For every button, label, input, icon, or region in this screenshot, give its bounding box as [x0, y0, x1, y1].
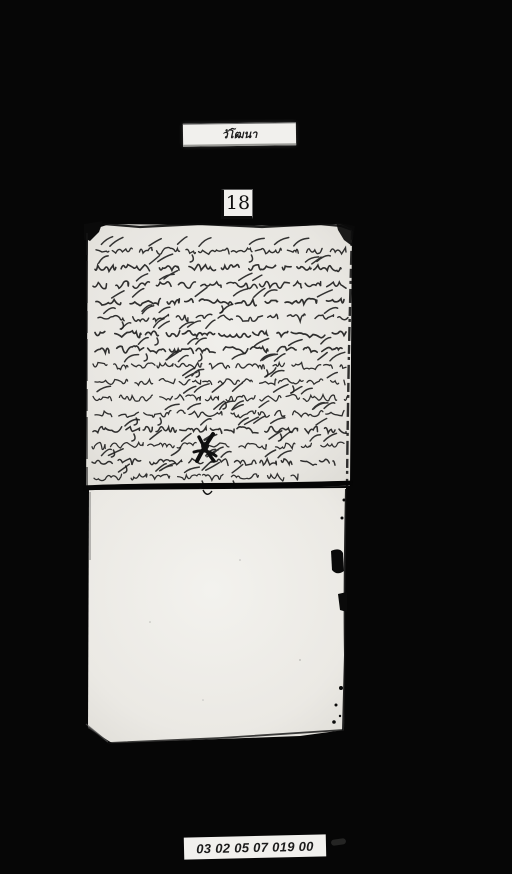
archive-name-label: วัโฒนา [183, 122, 296, 147]
reference-code-text: 03 02 05 07 019 00 [196, 838, 314, 856]
archival-photo-frame: วัโฒนา 18 03 02 05 07 019 00 [0, 0, 512, 874]
page-number-text: 18 [226, 192, 250, 214]
lower-page-sheet [88, 488, 346, 743]
page-number-label: 18 [221, 189, 253, 219]
archive-name-text: วัโฒนา [222, 125, 258, 143]
reference-code-label: 03 02 05 07 019 00 [184, 834, 326, 859]
